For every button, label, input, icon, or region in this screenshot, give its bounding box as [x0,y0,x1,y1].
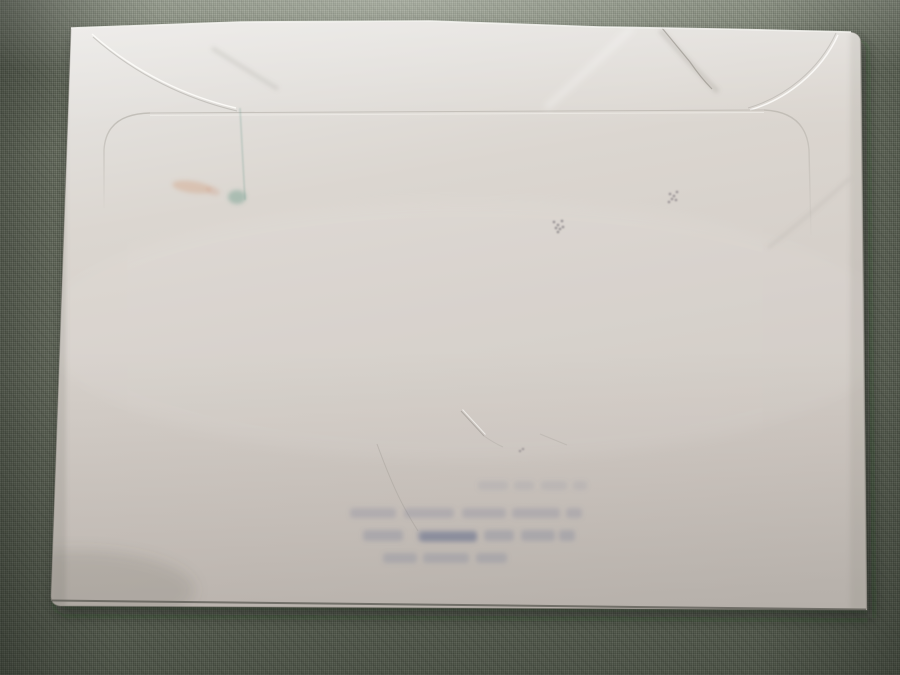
speck [522,448,525,451]
speck [676,191,679,194]
left-edge-shading [50,28,66,608]
show-through-line-3 [363,530,403,541]
speck [673,195,676,198]
show-through-line-1 [478,481,508,490]
show-through-line-1 [573,481,587,490]
speck [669,193,672,196]
show-through-line-2 [350,508,396,518]
show-through-line-2 [404,508,454,518]
show-through-line-1 [514,481,534,490]
speck [553,221,556,224]
teal-ink-smudge [228,190,246,204]
speck [559,228,562,231]
speck [562,226,565,229]
show-through-line-3 [484,530,514,541]
show-through-line-2 [512,508,560,518]
speck [561,220,564,223]
show-through-line-2 [462,508,506,518]
show-through-line-3 [521,530,555,541]
envelope-scene [0,0,900,675]
speck [557,231,560,234]
show-through-line-4 [423,553,469,563]
envelope-surface [0,15,900,630]
show-through-line-4 [383,553,417,563]
show-through-line-1 [541,481,567,490]
speck [555,227,558,230]
show-through-line-3 [559,530,575,541]
speck [668,201,671,204]
show-through-line-4 [476,553,507,563]
speck [671,198,674,201]
speck [519,450,522,453]
photograph: Photograph of the back of a plain white … [0,0,900,675]
show-through-line-2 [566,508,582,518]
show-through-bold [420,532,477,542]
speck [675,199,678,202]
speck [557,224,560,227]
